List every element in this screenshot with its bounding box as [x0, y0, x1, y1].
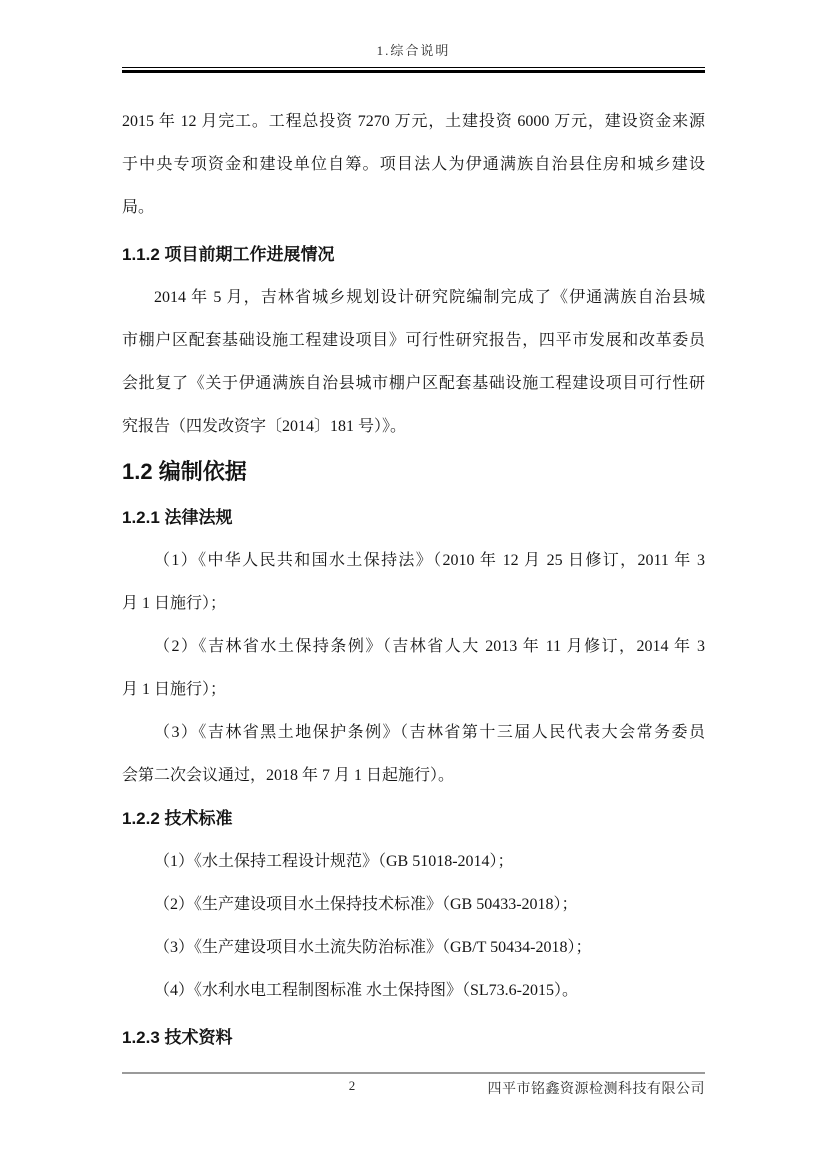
paragraph-line: 月 1 日施行）； [122, 582, 705, 625]
page-footer: 2 四平市铭鑫资源检测科技有限公司 [122, 1078, 705, 1100]
document-page: 1.综合说明 2015 年 12 月完工。工程总投资 7270 万元，土建投资 … [0, 0, 827, 1169]
heading-1-1-2: 1.1.2 项目前期工作进展情况 [122, 233, 705, 276]
page-header-title: 1.综合说明 [122, 40, 705, 59]
list-item-standard-4: （4）《水利水电工程制图标准 水土保持图》（SL73.6-2015）。 [122, 969, 705, 1012]
paragraph-preliminary-work: 2014 年 5 月，吉林省城乡规划设计研究院编制完成了《伊通满族自治县城 市棚… [122, 276, 705, 448]
page-number: 2 [344, 1078, 360, 1094]
paragraph-line: 2014 年 5 月，吉林省城乡规划设计研究院编制完成了《伊通满族自治县城 [122, 276, 705, 319]
list-item-law-3: （3）《吉林省黑土地保护条例》（吉林省第十三届人民代表大会常务委员 会第二次会议… [122, 711, 705, 797]
heading-1-2-3: 1.2.3 技术资料 [122, 1016, 705, 1059]
paragraph-line: 市棚户区配套基础设施工程建设项目》可行性研究报告，四平市发展和改革委员 [122, 319, 705, 362]
paragraph-line: 局。 [122, 186, 705, 229]
list-item-law-2: （2）《吉林省水土保持条例》（吉林省人大 2013 年 11 月修订，2014 … [122, 625, 705, 711]
document-body: 2015 年 12 月完工。工程总投资 7270 万元，土建投资 6000 万元… [122, 100, 705, 1059]
paragraph-line: 月 1 日施行）； [122, 668, 705, 711]
paragraph-line: 于中央专项资金和建设单位自筹。项目法人为伊通满族自治县住房和城乡建设 [122, 143, 705, 186]
list-technical-standards: （1）《水土保持工程设计规范》（GB 51018-2014）； （2）《生产建设… [122, 840, 705, 1012]
heading-1-2: 1.2 编制依据 [122, 448, 705, 496]
footer-divider [122, 1072, 705, 1074]
list-item-standard-3: （3）《生产建设项目水土流失防治标准》（GB/T 50434-2018）； [122, 926, 705, 969]
header-divider [122, 67, 705, 74]
paragraph-line: 2015 年 12 月完工。工程总投资 7270 万元，土建投资 6000 万元… [122, 100, 705, 143]
list-item-law-1: （1）《中华人民共和国水土保持法》（2010 年 12 月 25 日修订，201… [122, 539, 705, 625]
heading-1-2-1: 1.2.1 法律法规 [122, 496, 705, 539]
heading-1-2-2: 1.2.2 技术标准 [122, 797, 705, 840]
header-divider-thick-line [122, 70, 705, 73]
paragraph-line: （3）《吉林省黑土地保护条例》（吉林省第十三届人民代表大会常务委员 [122, 711, 705, 754]
list-item-standard-2: （2）《生产建设项目水土保持技术标准》（GB 50433-2018）； [122, 883, 705, 926]
paragraph-line: 会批复了《关于伊通满族自治县城市棚户区配套基础设施工程建设项目可行性研 [122, 362, 705, 405]
paragraph-line: （1）《中华人民共和国水土保持法》（2010 年 12 月 25 日修订，201… [122, 539, 705, 582]
footer-company-name: 四平市铭鑫资源检测科技有限公司 [488, 1078, 706, 1098]
paragraph-line: （2）《吉林省水土保持条例》（吉林省人大 2013 年 11 月修订，2014 … [122, 625, 705, 668]
paragraph-line: 究报告（四发改资字〔2014〕181 号）》。 [122, 405, 705, 448]
paragraph-project-completion: 2015 年 12 月完工。工程总投资 7270 万元，土建投资 6000 万元… [122, 100, 705, 229]
paragraph-line: 会第二次会议通过，2018 年 7 月 1 日起施行）。 [122, 754, 705, 797]
list-item-standard-1: （1）《水土保持工程设计规范》（GB 51018-2014）； [122, 840, 705, 883]
